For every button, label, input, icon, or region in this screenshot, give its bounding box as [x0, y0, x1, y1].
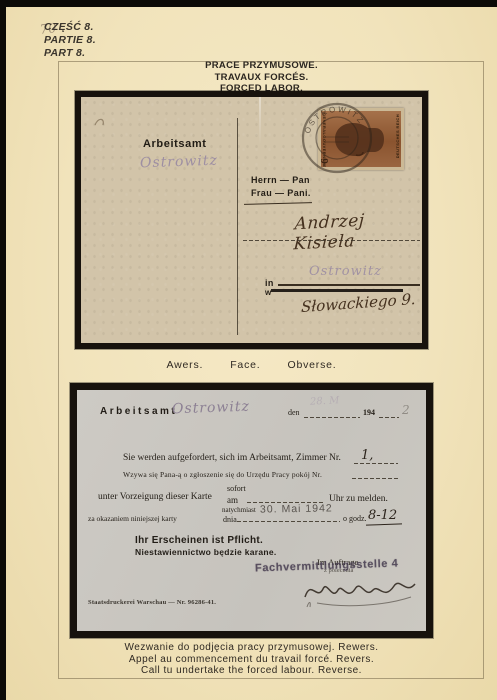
summons-line2-de: unter Vorzeigung dieser Karte	[98, 492, 212, 502]
dnia-label: dnia	[223, 515, 237, 524]
part-line-pl: CZĘŚĆ 8.	[44, 21, 96, 34]
faint-date-stamp: 28. M	[310, 395, 340, 408]
pflicht-line-pl: Niestawiennictwo będzie karane.	[135, 547, 277, 557]
reverse-caption: Wezwanie do podjęcia pracy przymusowej. …	[6, 642, 497, 677]
ink-strike-line	[244, 202, 312, 205]
handwritten-addressee-name: Andrzej Kisiela	[293, 208, 423, 255]
year-dotted-line	[379, 417, 399, 418]
paper-mark	[93, 115, 109, 129]
summons-office-place-stamp: Ostrowitz	[172, 399, 250, 418]
title-line-pl: PRACE PRZYMUSOWE.	[16, 60, 497, 72]
in-label: in	[265, 278, 274, 288]
address-place-stamp: Ostrowitz	[309, 264, 382, 279]
caption-awers: Awers.	[167, 359, 204, 371]
handwritten-hours: 8-12	[368, 508, 397, 523]
date-received-stamp: 30. Mai 1942	[260, 502, 333, 515]
name-dotted-line	[243, 240, 420, 241]
den-label: den	[288, 408, 300, 417]
part-line-en: PART 8.	[44, 47, 96, 60]
summons-line1-pl: Wzywa się Pana-ą o zgłoszenie się do Urz…	[123, 470, 322, 479]
card-crease	[259, 97, 261, 145]
caption-obverse: Obverse.	[287, 359, 336, 371]
handwritten-room-number: 1,	[361, 448, 373, 463]
sofort-label: sofort	[227, 484, 246, 493]
addressee-line-frau: Frau — Pani.	[251, 188, 311, 198]
photographed-album-page: 70 CZĘŚĆ 8. PARTIE 8. PART 8. PRACE PRZY…	[0, 0, 497, 700]
date-dotted-line	[304, 417, 360, 418]
page-title: PRACE PRZYMUSOWE. TRAVAUX FORCÉS. FORCED…	[16, 60, 497, 95]
reverse-caption-fr: Appel au commencement du travail forcé. …	[6, 654, 497, 666]
summons-office-label: Arbeitsamt	[100, 406, 177, 417]
uhr-label: Uhr zu melden.	[329, 494, 388, 504]
office-place-stamp: Ostrowitz	[140, 153, 218, 172]
reverse-caption-pl: Wezwanie do podjęcia pracy przymusowej. …	[6, 642, 497, 654]
summons-line1-de: Sie werden aufgefordert, sich im Arbeits…	[123, 453, 341, 463]
postmark: OSTROWITZ	[299, 100, 375, 176]
room-dotted-line	[354, 463, 398, 464]
address-line-1	[278, 284, 420, 286]
summons-line2-pl: za okazaniem niniejszej karty	[88, 514, 177, 523]
signature-handwriting	[299, 571, 429, 609]
handwritten-street: Słowackiego 9.	[301, 290, 416, 316]
hours-underline	[366, 523, 402, 525]
summons-mount: Arbeitsamt Ostrowitz den 28. M 194 2 Sie…	[70, 383, 433, 638]
office-label: Arbeitsamt	[143, 138, 206, 150]
title-line-fr: TRAVAUX FORCÉS.	[16, 72, 497, 84]
pflicht-line-de: Ihr Erscheinen ist Pflicht.	[135, 535, 263, 546]
caption-face: Face.	[230, 359, 260, 371]
card-divider-rule	[237, 118, 238, 335]
addressee-line-herrn: Herrn — Pan	[251, 175, 310, 185]
room-dotted-line-pl	[352, 478, 398, 479]
part-line-fr: PARTIE 8.	[44, 34, 96, 47]
am-label: am	[227, 495, 238, 505]
postcard-mount: Arbeitsamt Ostrowitz DEUTSCHES REICH G	[75, 91, 428, 349]
postcard-obverse: Arbeitsamt Ostrowitz DEUTSCHES REICH G	[81, 97, 422, 343]
reverse-caption-en: Call tu undertake the forced labour. Rev…	[6, 665, 497, 677]
address-line-2	[271, 289, 403, 292]
year-label: 194	[363, 408, 375, 417]
natychmiast-label: natychmiast	[222, 506, 256, 514]
part-header: CZĘŚĆ 8. PARTIE 8. PART 8.	[44, 21, 96, 60]
printer-imprint: Staatsdruckerei Warschau — Nr. 96286-41.	[88, 599, 216, 606]
dnia-dotted-line	[237, 521, 340, 522]
obverse-caption: Awers. Face. Obverse.	[6, 359, 497, 371]
godz-label: o godz.	[343, 514, 367, 523]
album-page: 70 CZĘŚĆ 8. PARTIE 8. PART 8. PRACE PRZY…	[6, 7, 497, 700]
summons-document: Arbeitsamt Ostrowitz den 28. M 194 2 Sie…	[77, 390, 426, 631]
stamp-country-text: DEUTSCHES REICH	[395, 114, 400, 158]
faint-year-digit: 2	[402, 403, 410, 417]
